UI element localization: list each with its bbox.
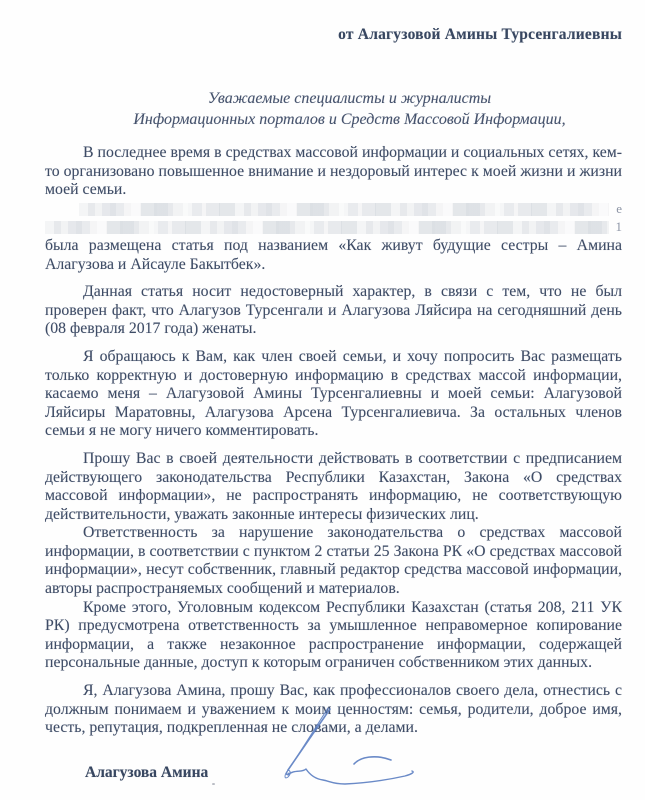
handwritten-signature-ink [275, 696, 430, 796]
signature-arc-stroke [354, 757, 391, 764]
letter-content: от Алагузовой Амины Турсенгалиевны Уважа… [45, 0, 622, 738]
redaction-mosaic [79, 203, 609, 216]
signatory-name: Алагузова Амина [85, 764, 208, 782]
signature-wave-stroke [288, 769, 413, 784]
redacted-text-row: 1 [45, 218, 622, 237]
letter-paragraph: Я обращаюсь к Вам, как член своей семьи,… [45, 348, 622, 441]
signature-slash-stroke-2 [286, 708, 328, 775]
greeting-block: Уважаемые специалисты и журналисты Инфор… [77, 88, 622, 130]
redaction-trailing-char: 1 [609, 218, 622, 237]
redaction-trailing-char: е [609, 200, 622, 219]
greeting-line-1: Уважаемые специалисты и журналисты [77, 88, 622, 109]
letter-paragraph: Ответственность за нарушение законодател… [45, 524, 622, 598]
letter-paragraph: Прошу Вас в своей деятельности действова… [45, 450, 622, 524]
redacted-text-row: е [79, 200, 622, 219]
letter-paragraph: была размещена статья под названием «Как… [45, 237, 622, 274]
letter-page: от Алагузовой Амины Турсенгалиевны Уважа… [0, 0, 645, 800]
letter-paragraph: Данная статья носит недостоверный характ… [45, 283, 622, 339]
greeting-line-2: Информационных порталов и Средств Массов… [77, 109, 622, 130]
letter-body: В последнее время в средствах массовой и… [45, 144, 622, 738]
sender-line: от Алагузовой Амины Турсенгалиевны [45, 26, 622, 44]
letter-paragraph: В последнее время в средствах массовой и… [45, 144, 622, 200]
redaction-mosaic [45, 221, 609, 234]
scan-speck [212, 783, 215, 785]
letter-paragraph: Кроме этого, Уголовным кодексом Республи… [45, 599, 622, 673]
